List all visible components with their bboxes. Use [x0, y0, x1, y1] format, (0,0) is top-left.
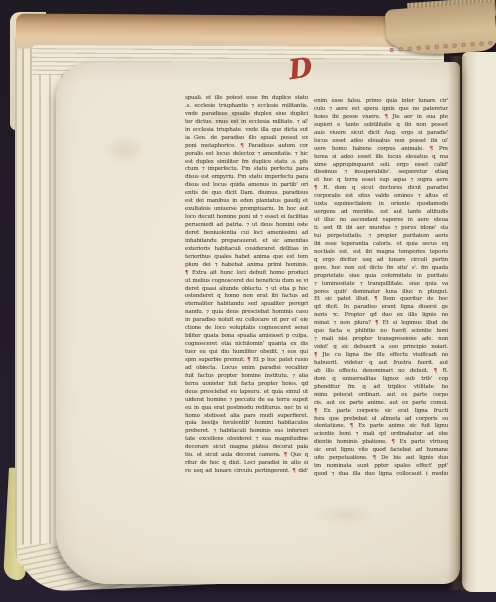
text-line: in ecclesia triuphate. vnde illa que dic…	[185, 127, 308, 135]
text-line: cognosceret etia nichilomin' quanta ex d…	[185, 341, 308, 349]
text-line: spm superbie premut. ¶ Et p hoc patet ru…	[185, 357, 308, 365]
text-line: dientie hominis pbatione. ¶ Ex parte vtr…	[314, 439, 448, 447]
text-line: biliter quata bona spualia amisisset p c…	[185, 333, 308, 341]
text-line: ris. aut ex parte anime. aut ex parte co…	[314, 400, 448, 408]
text-line: Et sic patet illud. ¶ Item queritur de h…	[314, 296, 448, 304]
text-line: ibi esse teperantia caloris. et quia sec…	[314, 241, 448, 249]
text-line: eternaliter habitandu sed spualiter pere…	[185, 301, 308, 309]
text-line: loco decuit homine poni ut ⁊ esset ei fa…	[185, 214, 308, 222]
text-line: tui perpetuitatis. ⁊ propter puritatem a…	[314, 233, 448, 241]
pilcrow-mark: ¶	[350, 423, 354, 429]
text-line: ia Gen. de paradiso illo spuali possut e…	[185, 135, 308, 143]
text-column-right: enim esse falsu. primo quia inter lunare…	[314, 98, 448, 479]
text-line: entis de quo dicit Dam. diuinus. paradis…	[185, 190, 308, 198]
text-line: ter dictus. vnus est in ecclesia militat…	[185, 119, 308, 127]
text-line: ctum ⁊ imperfectu. Fm statu perfectu par…	[185, 166, 308, 174]
text-line: preberet. ⁊ habitaculi hominis sus infer…	[185, 428, 308, 436]
text-line: ¶ Ex parte corporis sic erat ligna fruct…	[314, 408, 448, 416]
gutter-shadow	[448, 56, 468, 590]
text-line: spuali. et ille potest esse fm duplice s…	[185, 95, 308, 103]
pilcrow-mark: ¶	[240, 143, 244, 149]
pilcrow-mark: ¶	[314, 352, 318, 358]
text-line: qd dicit. In paradiso erant ligna diuers…	[314, 304, 448, 312]
text-line: disus est empyriu. Fm statu imperfectu p…	[185, 174, 308, 182]
text-line: uergens ad meridie. est aut tante altitu…	[314, 209, 448, 217]
text-line: neris ⁊c. Propter qd duo ex illis lignis…	[314, 312, 448, 320]
text-line: ut illuc no ascendant vapores in aere el…	[314, 217, 448, 225]
text-line: xime appropinquaret soli. ergo esset cal…	[314, 162, 448, 170]
manuscript-photo: D spuali. et ille potest esse fm duplice…	[0, 0, 496, 602]
text-line: poni metaphorice. ¶ Paradisus autem cor	[185, 143, 308, 151]
text-line: nandu. ⁊ quia deus presciebat hominis ca…	[185, 309, 308, 317]
text-line: perueniedi ad patria. ⁊ ut deus homini o…	[185, 222, 308, 230]
text-line: est dei manibus in eden plantatus gaudij…	[185, 198, 308, 206]
text-line: quo facta e phibitio no fuerit scientie …	[314, 328, 448, 336]
text-line: phenditur fm q ad triplice vtilitate ho	[314, 384, 448, 392]
text-line: deret quasi aliunde oblectu. ⁊ ut etia p…	[185, 286, 308, 294]
text-line: fera que prebebat ol alimeta ad corporis…	[314, 416, 448, 424]
text-line: deret beniuolentia cui loci amenissimi a…	[185, 230, 308, 238]
pilcrow-mark: ¶	[385, 114, 389, 120]
text-line: eu in qua erat postmodu rediturus. nec t…	[185, 405, 308, 413]
text-line: stentatione. ¶ Ex parte anime sic fuit l…	[314, 423, 448, 431]
text-line: deus presciebat eu lapsuru. et quia simu…	[185, 389, 308, 397]
text-line: proprietate siue quia coformitate in pur…	[314, 273, 448, 281]
text-line: ⁊ luminositate ⁊ tranquillitate. siue qu…	[314, 281, 448, 289]
text-line: tiu. et sicut aula decorat camera. ¶ Que…	[185, 452, 308, 460]
pilcrow-mark: ¶	[314, 408, 318, 414]
pilcrow-mark: ¶	[292, 468, 296, 474]
text-line: ad obiecta. Locus enim paradisi vocalite…	[185, 365, 308, 373]
text-line: decorare sicut magna platea decorat pala	[185, 444, 308, 452]
text-line: disus est locus quida amenus in partib' …	[185, 182, 308, 190]
text-line: iuxta equinoctialem in oriente quodamodo	[314, 201, 448, 209]
text-line: sic erat lignu vite quod faciebat ad hum…	[314, 447, 448, 455]
text-line: gere. hoc non est dictu fm situ' s'. fm …	[314, 265, 448, 273]
text-line: corporalis est situs valde emines ⁊ altu…	[314, 193, 448, 201]
text-line: ritur de hoc q diut. Loci paradisi in al…	[185, 460, 308, 468]
text-line: noctiale est. est ibi magna temperies te…	[314, 249, 448, 257]
text-line: plum dei ⁊ habebat anima primi hominis.	[185, 262, 308, 270]
endband	[384, 2, 496, 58]
pilcrow-mark: ¶	[373, 455, 377, 461]
text-line: habuerit. videtur q aut frustra fuerit. …	[314, 360, 448, 368]
text-line: terioribus quales habet anima que est te…	[185, 254, 308, 262]
text-line: quod ⁊ dua illa duo ligna collocauit i m…	[314, 471, 448, 479]
text-line: pores quib' dominatur luna illuc n pting…	[314, 289, 448, 297]
text-line: scientie boni ⁊ mali qd ordinabatur ad o…	[314, 431, 448, 439]
text-line: auis viuere sicut dicit Aug. ergo si par…	[314, 130, 448, 138]
pilcrow-mark: ¶	[375, 320, 379, 326]
pilcrow-mark: ¶	[374, 296, 378, 302]
text-line: ¶ Jte cu ligna ibe illu effectu viuifica…	[314, 352, 448, 360]
rubricated-initial-d: D	[287, 52, 325, 90]
text-line: ¶ R. dom q sicut doctores dicut paradisi	[314, 185, 448, 193]
text-line: tuer eu qui diu humiliter obedit. ⁊ eos …	[185, 349, 308, 357]
text-line: tm nominata sunt ppter spales effect' pp…	[314, 463, 448, 471]
text-line: ⁊ mali nisi propter transgressione ade. …	[314, 336, 448, 344]
text-line: supiori e tante subtilitatis q ibi non p…	[314, 122, 448, 130]
text-line: terea si adeo esset ille locus eleuatus …	[314, 154, 448, 162]
text-line: ostenderet q homo non erat ibi factus ad	[185, 293, 308, 301]
text-line: est duplex similiter fm duplice statu .s…	[185, 159, 308, 167]
text-line: et hoc q terra esset sup aqua ⁊ supra ae…	[314, 177, 448, 185]
pilcrow-mark: ¶	[284, 452, 288, 458]
text-line: dissimus ⁊ insuperabilis'. sequeretur et…	[314, 169, 448, 177]
text-line: uite perpetuatione. ¶ De his aut lignis …	[314, 455, 448, 463]
text-column-left: spuali. et ille potest esse fm duplice s…	[185, 95, 308, 476]
text-line: exterioris habitaculi cosideraret deliti…	[185, 246, 308, 254]
pilcrow-mark: ¶	[247, 357, 251, 363]
text-line: terra uonieter fuit facta propter hoies.…	[185, 381, 308, 389]
text-line: locus esset adeo eleuatus non posset ibi…	[314, 138, 448, 146]
text-line: quia bestijs ferulentib' homini habitacu…	[185, 420, 308, 428]
text-line: vnde paradisus spualis duplex siue dupli…	[185, 111, 308, 119]
text-line: minu poterat ordinari. aut ex parte corp…	[314, 392, 448, 400]
text-line: homo stetisset alia pars mudi superfiere…	[185, 413, 308, 421]
text-line: enim esse falsu. primo quia inter lunare…	[314, 98, 448, 106]
text-line: tate excellens obsideret ⁊ sua magnitudi…	[185, 436, 308, 444]
text-line: inhabitandu preparauerat. et sic amenita…	[185, 238, 308, 246]
text-line: uere homo habens corpus animale. ¶ Pre	[314, 146, 448, 154]
text-line: exultatois uniuerse promptuariu. In hoc …	[185, 206, 308, 214]
text-line: dom q uniuersalitas lignoz sub trib' cop	[314, 376, 448, 384]
pilcrow-mark: ¶	[185, 270, 189, 276]
text-line: ru usq ad lunare circulu pertingerent. ¶…	[185, 468, 308, 476]
text-line: uiderat homine ⁊ peccatu de ea terra sup…	[185, 397, 308, 405]
text-line: ut melius cognosceret dei beneficiu dum …	[185, 278, 308, 286]
pilcrow-mark: ¶	[434, 368, 438, 374]
text-line: in paradiso noluit eu collocare ut per e…	[185, 317, 308, 325]
text-line: culu ⁊ aere est spera ignis que no pater…	[314, 106, 448, 114]
text-line: videt' q sic debuerit a suo principio no…	[314, 344, 448, 352]
text-line: ctione de loco voluptatis cognosceret se…	[185, 325, 308, 333]
pilcrow-mark: ¶	[429, 146, 433, 152]
text-line: hoies ibi posse viuere. ¶ Jte aer in sua…	[314, 114, 448, 122]
text-line: .s. ecclesie triuphantis ⁊ ecclesie mili…	[185, 103, 308, 111]
text-line: ¶ Extra ait hunc loci debuit homo produc…	[185, 270, 308, 278]
text-line: fuit factus propter homine institutu. ⁊ …	[185, 373, 308, 381]
text-line: q ergo dicitur usq ad lunare circuli per…	[314, 257, 448, 265]
text-line: ab illo effectu denominari no debuit. ¶ …	[314, 368, 448, 376]
text-line: poralis est locus delectoz ⁊ amenitatis.…	[185, 151, 308, 159]
text-line: ti. sed fit ibi aer mundus ⁊ purus idone…	[314, 225, 448, 233]
pilcrow-mark: ¶	[314, 185, 318, 191]
text-line: minat ⁊ non plura? ¶ Et si legimus illud…	[314, 320, 448, 328]
pilcrow-mark: ¶	[391, 439, 395, 445]
